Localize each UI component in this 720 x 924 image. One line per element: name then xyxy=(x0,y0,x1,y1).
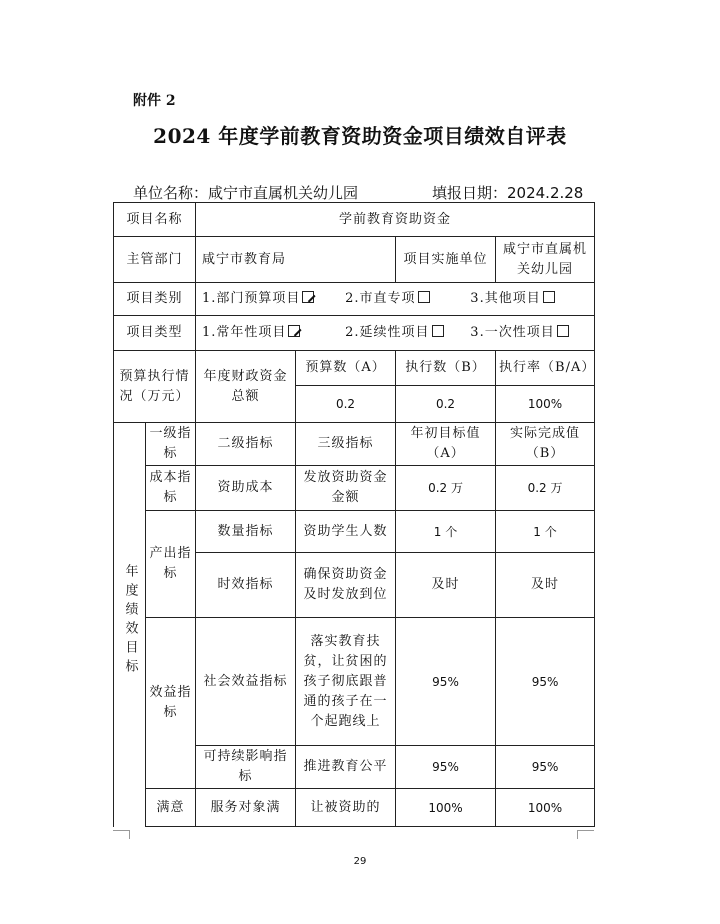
project-name-value: 学前教育资助资金 xyxy=(196,203,595,237)
perf-header: 实际完成值（B） xyxy=(496,423,595,466)
table-row: 成本指标 资助成本 发放资助资金金额 0.2 万 0.2 万 xyxy=(114,466,595,511)
table-row: 产出指标 数量指标 资助学生人数 1 个 1 个 xyxy=(114,511,595,553)
page-title: 2024 年度学前教育资助资金项目绩效自评表 xyxy=(0,120,720,149)
fill-date: 填报日期：2024.2.28 xyxy=(432,182,583,203)
budget-header: 执行率（B/A） xyxy=(496,351,595,386)
type-label: 项目类型 xyxy=(114,316,196,351)
perf-header: 一级指标 xyxy=(146,423,196,466)
project-name-label: 项目名称 xyxy=(114,203,196,237)
checkbox-icon[interactable] xyxy=(432,325,444,337)
impl-unit-value: 咸宁市直属机关幼儿园 xyxy=(496,237,595,283)
page-corner-mark xyxy=(113,830,130,839)
budget-value: 0.2 xyxy=(296,386,396,423)
checkbox-icon[interactable] xyxy=(557,325,569,337)
dept-label: 主管部门 xyxy=(114,237,196,283)
budget-sub-label: 年度财政资金总额 xyxy=(196,351,296,423)
type-options: 1.常年性项目 2.延续性项目 3.一次性项目 xyxy=(196,316,595,351)
evaluation-table: 项目名称 学前教育资助资金 主管部门 咸宁市教育局 项目实施单位 咸宁市直属机关… xyxy=(113,202,595,827)
dept-value: 咸宁市教育局 xyxy=(196,237,396,283)
impl-unit-label: 项目实施单位 xyxy=(396,237,496,283)
category-options: 1.部门预算项目 2.市直专项 3.其他项目 xyxy=(196,283,595,316)
perf-header: 三级指标 xyxy=(296,423,396,466)
performance-side-label: 年度绩效目标 xyxy=(114,423,146,827)
checkbox-icon[interactable] xyxy=(543,291,555,303)
table-row: 满意 服务对象满 让被资助的 100% 100% xyxy=(114,789,595,827)
perf-header: 二级指标 xyxy=(196,423,296,466)
checkbox-icon[interactable] xyxy=(418,291,430,303)
table-row: 效益指标 社会效益指标 落实教育扶贫，让贫困的孩子彻底跟普通的孩子在一个起跑线上… xyxy=(114,618,595,746)
page-number: 29 xyxy=(0,856,720,867)
attachment-label: 附件 2 xyxy=(133,90,176,110)
budget-label: 预算执行情况（万元） xyxy=(114,351,196,423)
category-label: 项目类别 xyxy=(114,283,196,316)
budget-value: 100% xyxy=(496,386,595,423)
checkbox-checked-icon[interactable] xyxy=(288,325,300,337)
page-corner-mark xyxy=(577,830,594,839)
unit-name: 单位名称：咸宁市直属机关幼儿园 xyxy=(133,182,358,203)
perf-header: 年初目标值（A） xyxy=(396,423,496,466)
budget-value: 0.2 xyxy=(396,386,496,423)
checkbox-checked-icon[interactable] xyxy=(302,291,314,303)
budget-header: 执行数（B） xyxy=(396,351,496,386)
budget-header: 预算数（A） xyxy=(296,351,396,386)
